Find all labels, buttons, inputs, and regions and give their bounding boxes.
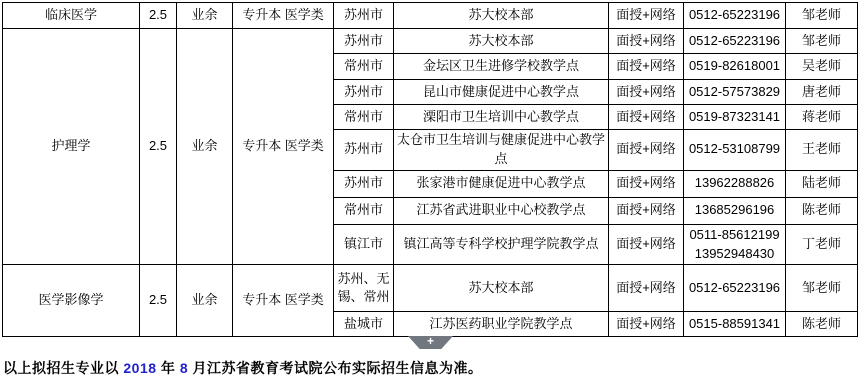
phone-line2: 13952948430 bbox=[686, 245, 783, 264]
table-row: 临床医学 2.5 业余 专升本 医学类 苏州市 苏大校本部 面授+网络 0512… bbox=[3, 3, 858, 29]
city-cell: 常州市 bbox=[334, 105, 394, 130]
mode-cell: 面授+网络 bbox=[609, 130, 684, 171]
teacher-cell: 邹老师 bbox=[786, 265, 858, 312]
phone-cell: 0519-82618001 bbox=[684, 54, 786, 80]
plus-icon: + bbox=[427, 334, 434, 348]
site-cell: 太仓市卫生培训与健康促进中心教学点 bbox=[394, 130, 609, 171]
phone-cell: 13685296196 bbox=[684, 197, 786, 224]
city-cell: 苏州市 bbox=[334, 29, 394, 54]
enrollment-table: 临床医学 2.5 业余 专升本 医学类 苏州市 苏大校本部 面授+网络 0512… bbox=[2, 2, 858, 337]
teacher-cell: 吴老师 bbox=[786, 54, 858, 80]
phone-cell: 0519-87323141 bbox=[684, 105, 786, 130]
site-cell: 镇江高等专科学校护理学院教学点 bbox=[394, 224, 609, 265]
study-type-cell: 业余 bbox=[177, 3, 233, 29]
table-row: 医学影像学 2.5 业余 专升本 医学类 苏州、无锡、常州 苏大校本部 面授+网… bbox=[3, 265, 858, 312]
site-cell: 金坛区卫生进修学校教学点 bbox=[394, 54, 609, 80]
mode-cell: 面授+网络 bbox=[609, 3, 684, 29]
city-cell: 苏州市 bbox=[334, 3, 394, 29]
site-cell: 张家港市健康促进中心教学点 bbox=[394, 170, 609, 197]
mode-cell: 面授+网络 bbox=[609, 265, 684, 312]
teacher-cell: 邹老师 bbox=[786, 3, 858, 29]
major-cell: 护理学 bbox=[3, 29, 140, 265]
study-type-cell: 业余 bbox=[177, 265, 233, 337]
level-category-cell: 专升本 医学类 bbox=[233, 3, 334, 29]
teacher-cell: 蒋老师 bbox=[786, 105, 858, 130]
phone-cell: 13962288826 bbox=[684, 170, 786, 197]
city-cell: 常州市 bbox=[334, 54, 394, 80]
mode-cell: 面授+网络 bbox=[609, 312, 684, 337]
city-cell: 苏州市 bbox=[334, 80, 394, 105]
teacher-cell: 陆老师 bbox=[786, 170, 858, 197]
mode-cell: 面授+网络 bbox=[609, 105, 684, 130]
teacher-cell: 陈老师 bbox=[786, 312, 858, 337]
phone-line1: 0511-85612199 bbox=[686, 226, 783, 245]
mode-cell: 面授+网络 bbox=[609, 29, 684, 54]
duration-cell: 2.5 bbox=[140, 3, 177, 29]
city-cell: 盐城市 bbox=[334, 312, 394, 337]
footnote-month: 8 bbox=[180, 360, 188, 376]
site-cell: 苏大校本部 bbox=[394, 265, 609, 312]
phone-cell: 0511-85612199 13952948430 bbox=[684, 224, 786, 265]
site-cell: 江苏医药职业学院教学点 bbox=[394, 312, 609, 337]
site-cell: 苏大校本部 bbox=[394, 3, 609, 29]
phone-cell: 0512-65223196 bbox=[684, 3, 786, 29]
phone-cell: 0512-65223196 bbox=[684, 265, 786, 312]
footnote-text-2: 年 bbox=[157, 360, 180, 376]
teacher-cell: 唐老师 bbox=[786, 80, 858, 105]
teacher-cell: 丁老师 bbox=[786, 224, 858, 265]
site-cell: 苏大校本部 bbox=[394, 29, 609, 54]
level-category-cell: 专升本 医学类 bbox=[233, 265, 334, 337]
phone-cell: 0512-53108799 bbox=[684, 130, 786, 171]
city-cell: 苏州市 bbox=[334, 170, 394, 197]
city-cell: 镇江市 bbox=[334, 224, 394, 265]
duration-cell: 2.5 bbox=[140, 265, 177, 337]
level-category-cell: 专升本 医学类 bbox=[233, 29, 334, 265]
city-cell: 苏州、无锡、常州 bbox=[334, 265, 394, 312]
table-row: 护理学 2.5 业余 专升本 医学类 苏州市 苏大校本部 面授+网络 0512-… bbox=[3, 29, 858, 54]
teacher-cell: 陈老师 bbox=[786, 197, 858, 224]
duration-cell: 2.5 bbox=[140, 29, 177, 265]
footnote: 以上拟招生专业以 2018 年 8 月江苏省教育考试院公布实际招生信息为准。 bbox=[3, 358, 483, 378]
mode-cell: 面授+网络 bbox=[609, 80, 684, 105]
study-type-cell: 业余 bbox=[177, 29, 233, 265]
footnote-year: 2018 bbox=[123, 360, 156, 376]
expand-handle-button[interactable]: + bbox=[408, 336, 453, 349]
footnote-text-3: 月江苏省教育考试院公布实际招生信息为准。 bbox=[188, 360, 482, 376]
site-cell: 昆山市健康促进中心教学点 bbox=[394, 80, 609, 105]
city-cell: 苏州市 bbox=[334, 130, 394, 171]
footnote-text-1: 以上拟招生专业以 bbox=[3, 360, 123, 376]
city-cell: 常州市 bbox=[334, 197, 394, 224]
teacher-cell: 邹老师 bbox=[786, 29, 858, 54]
major-cell: 医学影像学 bbox=[3, 265, 140, 337]
page: 临床医学 2.5 业余 专升本 医学类 苏州市 苏大校本部 面授+网络 0512… bbox=[0, 0, 859, 385]
site-cell: 江苏省武进职业中心校教学点 bbox=[394, 197, 609, 224]
mode-cell: 面授+网络 bbox=[609, 54, 684, 80]
mode-cell: 面授+网络 bbox=[609, 197, 684, 224]
mode-cell: 面授+网络 bbox=[609, 224, 684, 265]
phone-cell: 0512-57573829 bbox=[684, 80, 786, 105]
teacher-cell: 王老师 bbox=[786, 130, 858, 171]
site-cell: 溧阳市卫生培训中心教学点 bbox=[394, 105, 609, 130]
mode-cell: 面授+网络 bbox=[609, 170, 684, 197]
phone-cell: 0512-65223196 bbox=[684, 29, 786, 54]
phone-cell: 0515-88591341 bbox=[684, 312, 786, 337]
major-cell: 临床医学 bbox=[3, 3, 140, 29]
